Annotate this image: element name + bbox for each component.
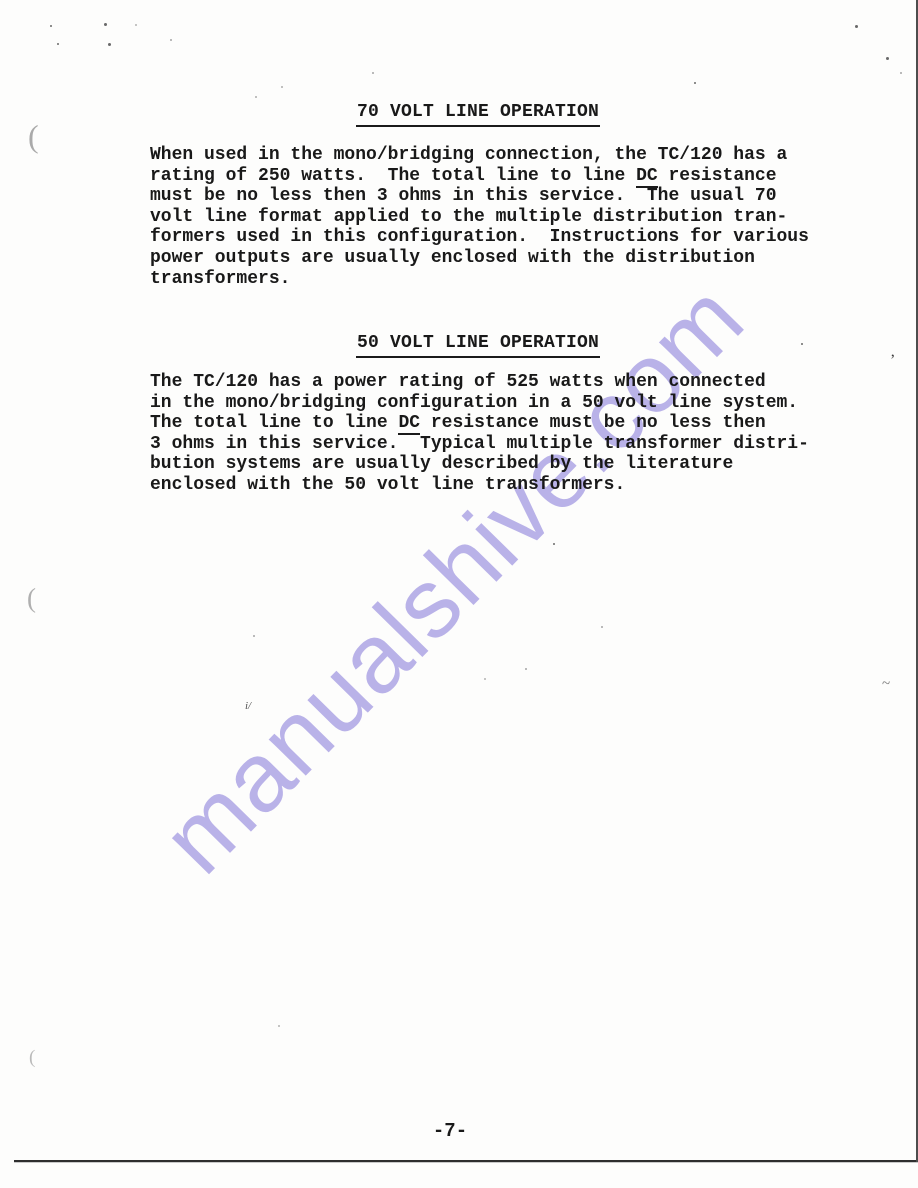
- scan-speck: [372, 72, 374, 74]
- text-line: 3 ohms in this service. Typical multiple…: [150, 434, 850, 455]
- scan-speck: [278, 1025, 280, 1027]
- scan-mark-paren: (: [28, 118, 39, 155]
- scan-speck: [553, 543, 555, 545]
- scan-speck: [50, 25, 52, 27]
- scan-speck: [104, 23, 107, 26]
- text-line: formers used in this configuration. Inst…: [150, 227, 850, 248]
- line-text: rating of 250 watts. The total line to l…: [150, 166, 636, 186]
- scan-speck: [484, 678, 486, 680]
- paragraph-70-volt: When used in the mono/bridging connectio…: [150, 145, 850, 289]
- text-line: power outputs are usually enclosed with …: [150, 248, 850, 269]
- scan-speck: [900, 72, 902, 74]
- bottom-rule: [14, 1160, 918, 1162]
- underlined-text: DC: [398, 413, 420, 435]
- scan-speck: [694, 82, 696, 84]
- text-line: must be no less then 3 ohms in this serv…: [150, 186, 850, 207]
- underlined-text: DC: [636, 166, 658, 188]
- line-text: resistance: [658, 166, 777, 186]
- line-text: volt line format applied to the multiple…: [150, 207, 787, 227]
- scan-mark-tilde: ~: [882, 676, 890, 693]
- scan-speck: [855, 25, 858, 28]
- line-text: The total line to line: [150, 413, 398, 433]
- scan-speck: [135, 24, 137, 26]
- paragraph-50-volt: The TC/120 has a power rating of 525 wat…: [150, 372, 850, 496]
- scan-speck: [601, 626, 603, 628]
- line-text: The TC/120 has a power rating of 525 wat…: [150, 372, 766, 392]
- scan-speck: [525, 668, 527, 670]
- text-line: transformers.: [150, 269, 850, 290]
- line-text: resistance must be no less then: [420, 413, 766, 433]
- scanned-manual-page: { "page": { "number": "-7-", "background…: [0, 0, 918, 1188]
- scan-speck: [57, 43, 59, 45]
- line-text: in the mono/bridging configuration in a …: [150, 393, 798, 413]
- line-text: enclosed with the 50 volt line transform…: [150, 475, 625, 495]
- text-line: When used in the mono/bridging connectio…: [150, 145, 850, 166]
- scan-mark-tiny: i/: [245, 700, 251, 712]
- text-line: bution systems are usually described by …: [150, 454, 850, 475]
- scan-speck: [108, 43, 111, 46]
- scan-speck: [886, 57, 889, 60]
- section-heading-50-volt: 50 VOLT LINE OPERATION: [150, 333, 806, 358]
- line-text: 3 ohms in this service. Typical multiple…: [150, 434, 809, 454]
- line-text: When used in the mono/bridging connectio…: [150, 145, 787, 165]
- scan-speck: [170, 39, 172, 41]
- line-text: must be no less then 3 ohms in this serv…: [150, 186, 777, 206]
- scan-speck: [255, 96, 257, 98]
- text-line: The total line to line DC resistance mus…: [150, 413, 850, 434]
- scan-speck: [281, 86, 283, 88]
- scan-mark-apostrophe: ʼ: [890, 352, 895, 370]
- section-heading-label: 70 VOLT LINE OPERATION: [356, 102, 600, 127]
- line-text: formers used in this configuration. Inst…: [150, 227, 809, 247]
- page-number: -7-: [420, 1121, 480, 1142]
- line-text: power outputs are usually enclosed with …: [150, 248, 755, 268]
- text-line: rating of 250 watts. The total line to l…: [150, 166, 850, 187]
- scan-mark-paren: (: [29, 1047, 35, 1069]
- scan-mark-paren: (: [27, 583, 36, 614]
- text-line: The TC/120 has a power rating of 525 wat…: [150, 372, 850, 393]
- line-text: transformers.: [150, 269, 290, 289]
- section-heading-70-volt: 70 VOLT LINE OPERATION: [150, 102, 806, 127]
- line-text: bution systems are usually described by …: [150, 454, 733, 474]
- scan-speck: [253, 635, 255, 637]
- section-heading-label: 50 VOLT LINE OPERATION: [356, 333, 600, 358]
- text-line: volt line format applied to the multiple…: [150, 207, 850, 228]
- text-line: enclosed with the 50 volt line transform…: [150, 475, 850, 496]
- text-line: in the mono/bridging configuration in a …: [150, 393, 850, 414]
